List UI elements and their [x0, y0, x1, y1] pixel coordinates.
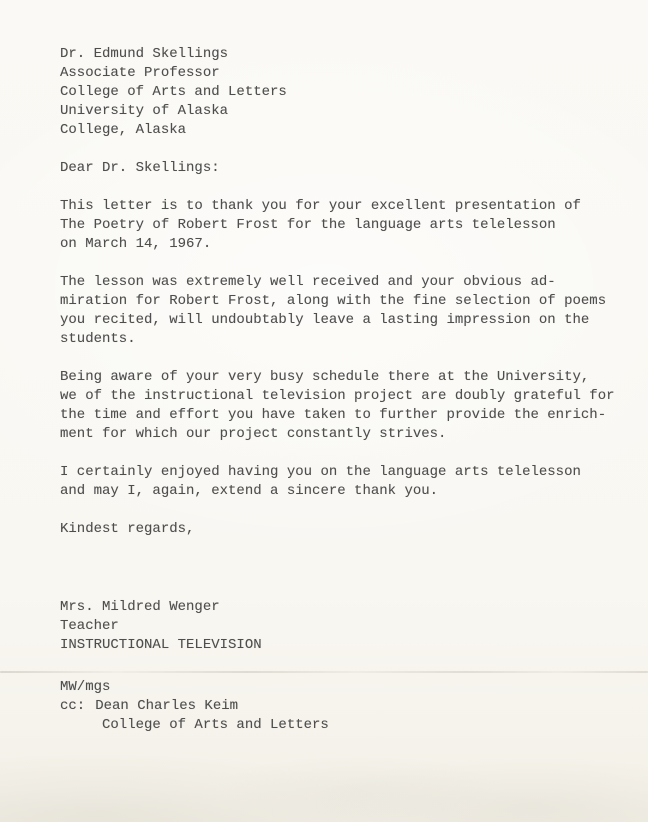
recipient-location: College, Alaska: [60, 121, 618, 140]
recipient-department: College of Arts and Letters: [60, 83, 618, 102]
salutation: Dear Dr. Skellings:: [60, 159, 618, 178]
body-paragraph-4: I certainly enjoyed having you on the la…: [60, 463, 618, 501]
signature-name: Mrs. Mildred Wenger: [60, 598, 618, 617]
cc-block: cc:Dean Charles Keim College of Arts and…: [60, 697, 618, 735]
recipient-block: Dr. Edmund Skellings Associate Professor…: [60, 45, 618, 140]
cc-label: cc:: [60, 698, 85, 714]
letter-page: Dr. Edmund Skellings Associate Professor…: [0, 0, 648, 822]
closing: Kindest regards,: [60, 520, 618, 539]
signature-title: Teacher: [60, 617, 618, 636]
signature-block: Mrs. Mildred Wenger Teacher INSTRUCTIONA…: [60, 598, 618, 655]
cc-line: cc:Dean Charles Keim: [60, 697, 618, 716]
body-paragraph-2: The lesson was extremely well received a…: [60, 273, 618, 349]
paper-crease: [0, 671, 648, 673]
cc-recipient-department: College of Arts and Letters: [102, 716, 618, 735]
body-paragraph-3: Being aware of your very busy schedule t…: [60, 368, 618, 444]
cc-recipient-name: Dean Charles Keim: [95, 698, 238, 714]
recipient-name: Dr. Edmund Skellings: [60, 45, 618, 64]
reference-initials: MW/mgs: [60, 678, 618, 697]
recipient-title: Associate Professor: [60, 64, 618, 83]
signature-organization: INSTRUCTIONAL TELEVISION: [60, 636, 618, 655]
body-paragraph-1: This letter is to thank you for your exc…: [60, 197, 618, 254]
recipient-institution: University of Alaska: [60, 102, 618, 121]
